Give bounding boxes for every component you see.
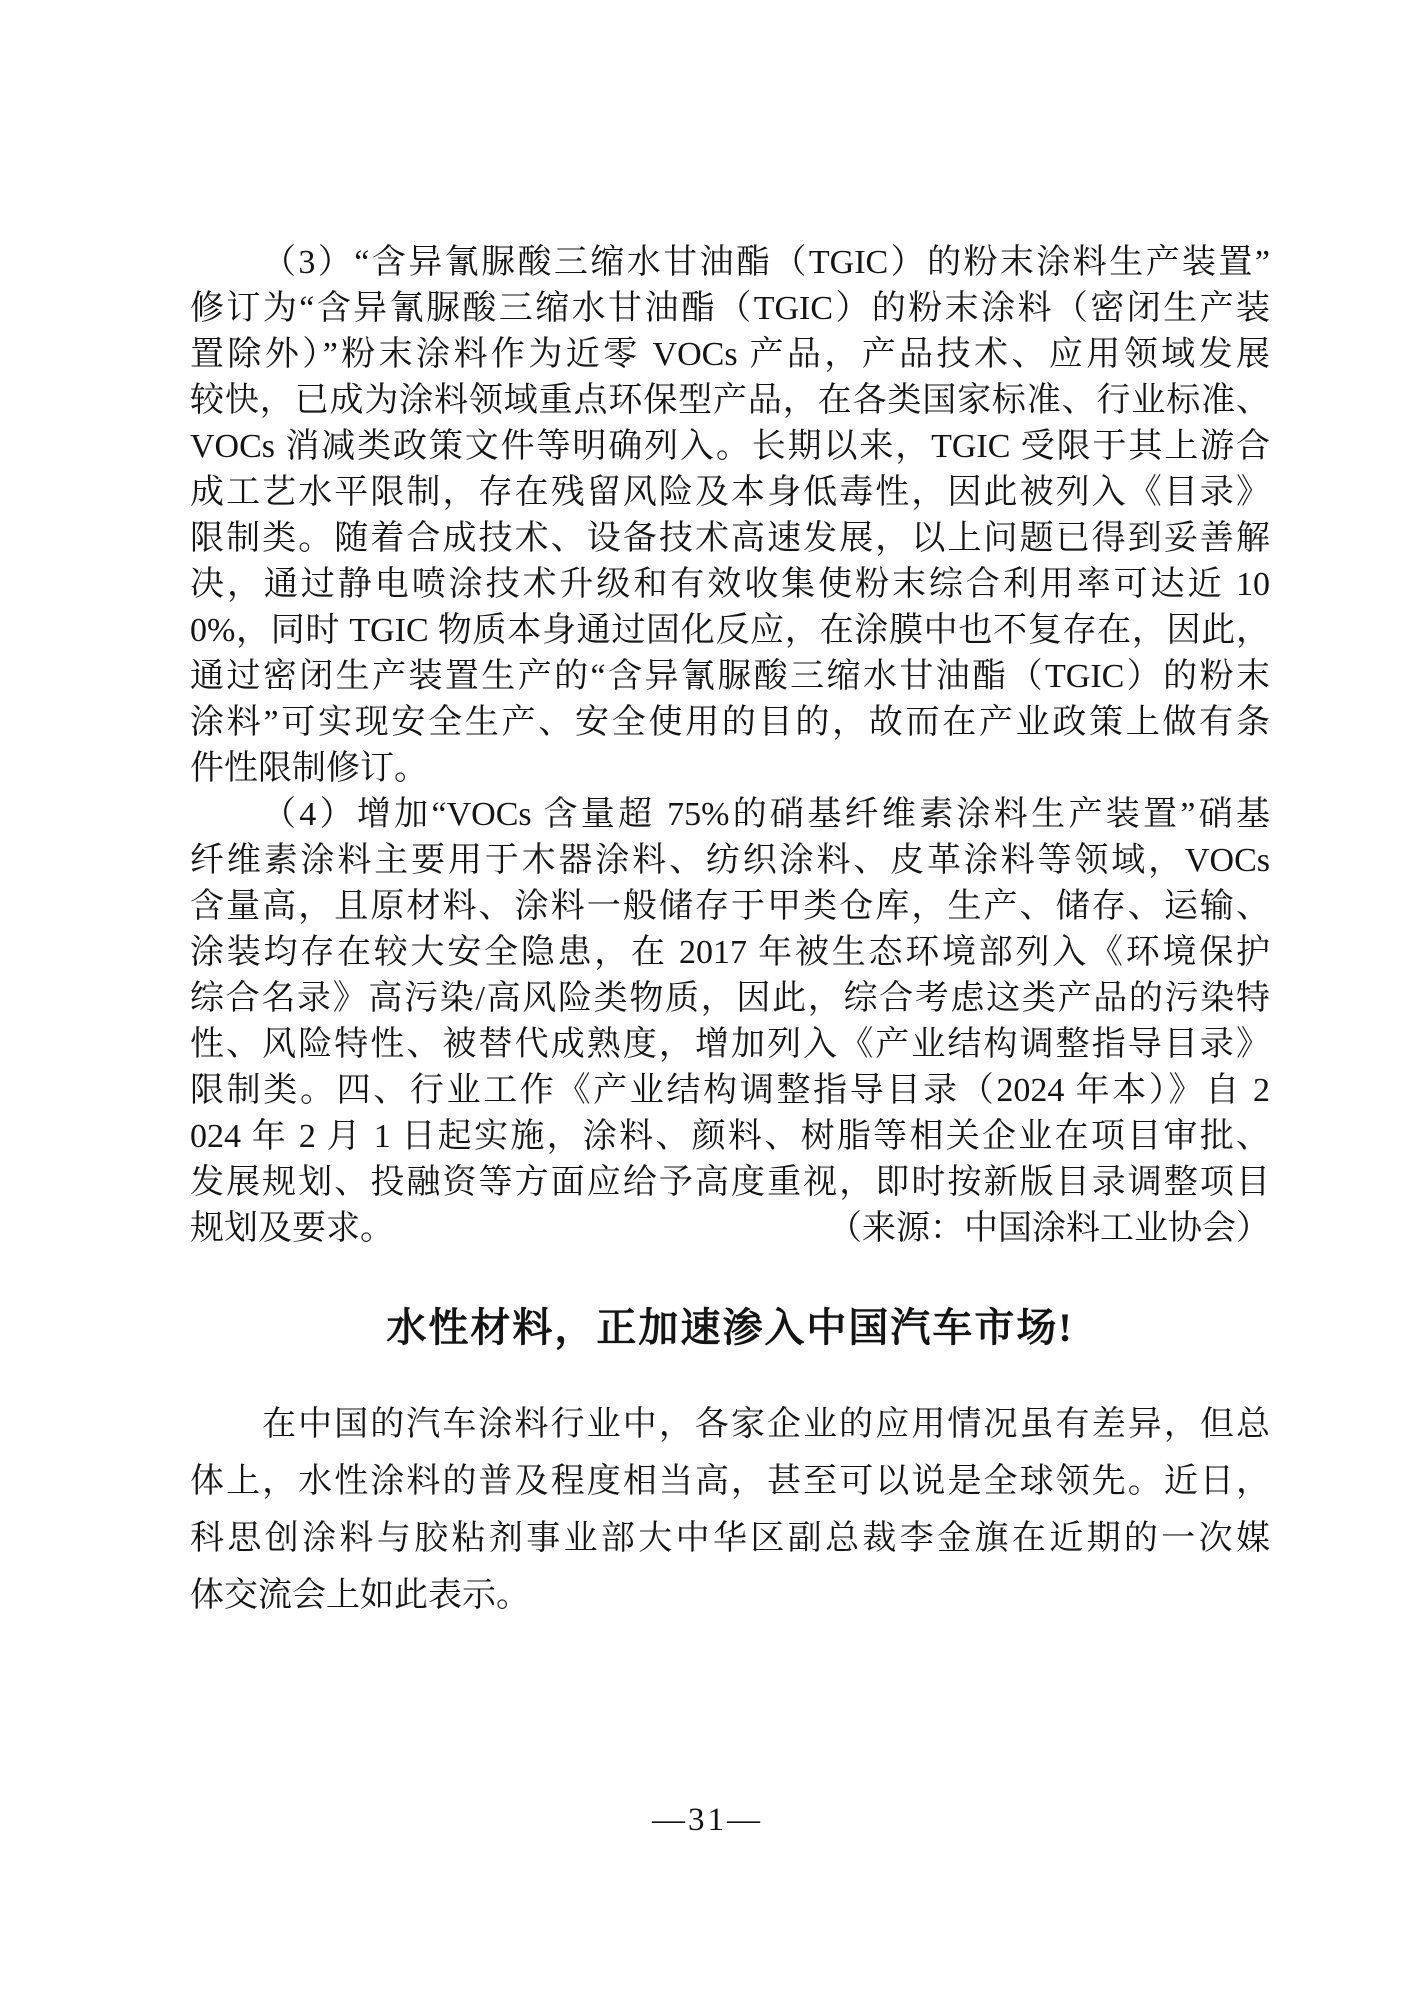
text-line: （4）增加“VOCs 含量超 75%的硝基纤维素涂料生产装置”硝基 [190,792,1270,838]
text-line: 修订为“含异氰脲酸三缩水甘油酯（TGIC）的粉末涂料（密闭生产装 [190,286,1270,332]
text-line: 成工艺水平限制，存在残留风险及本身低毒性，因此被列入《目录》 [190,470,1270,516]
text-line: VOCs 消减类政策文件等明确列入。长期以来，TGIC 受限于其上游合 [190,424,1270,470]
article-waterborne-body: 在中国的汽车涂料行业中，各家企业的应用情况虽有差异，但总 体上，水性涂料的普及程… [190,1396,1270,1624]
source-attribution: （来源：中国涂料工业协会） [828,1206,1270,1252]
text-line: 纤维素涂料主要用于木器涂料、纺织涂料、皮革涂料等领域，VOCs [190,838,1270,884]
text-line: 通过密闭生产装置生产的“含异氰脲酸三缩水甘油酯（TGIC）的粉末 [190,654,1270,700]
text-line: 规划及要求。 （来源：中国涂料工业协会） [190,1206,1270,1252]
text-line: 0%，同时 TGIC 物质本身通过固化反应，在涂膜中也不复存在，因此， [190,608,1270,654]
text-line: 024 年 2 月 1 日起实施，涂料、颜料、树脂等相关企业在项目审批、 [190,1114,1270,1160]
text-line: 置除外）”粉末涂料作为近零 VOCs 产品，产品技术、应用领域发展 [190,332,1270,378]
text-line: 体交流会上如此表示。 [190,1567,1270,1624]
text-line: 性、风险特性、被替代成熟度，增加列入《产业结构调整指导目录》 [190,1022,1270,1068]
text-line: 限制类。四、行业工作《产业结构调整指导目录（2024 年本）》自 2 [190,1068,1270,1114]
text-line: 发展规划、投融资等方面应给予高度重视，即时按新版目录调整项目 [190,1160,1270,1206]
text-line: 综合名录》高污染/高风险类物质，因此，综合考虑这类产品的污染特 [190,976,1270,1022]
text-line: 科思创涂料与胶粘剂事业部大中华区副总裁李金旗在近期的一次媒 [190,1510,1270,1567]
text-line: 体上，水性涂料的普及程度相当高，甚至可以说是全球领先。近日， [190,1453,1270,1510]
document-page: （3）“含异氰脲酸三缩水甘油酯（TGIC）的粉末涂料生产装置” 修订为“含异氰脲… [0,0,1415,2000]
text-line: 在中国的汽车涂料行业中，各家企业的应用情况虽有差异，但总 [190,1396,1270,1453]
text-line: 较快，已成为涂料领域重点环保型产品，在各类国家标准、行业标准、 [190,378,1270,424]
article-industry-policy-body: （3）“含异氰脲酸三缩水甘油酯（TGIC）的粉末涂料生产装置” 修订为“含异氰脲… [190,240,1270,1252]
text-line: 含量高，且原材料、涂料一般储存于甲类仓库，生产、储存、运输、 [190,884,1270,930]
paragraph-ending: 规划及要求。 [190,1206,394,1252]
text-line: 涂料”可实现安全生产、安全使用的目的，故而在产业政策上做有条 [190,700,1270,746]
article-title: 水性材料，正加速渗入中国汽车市场! [190,1304,1270,1352]
text-line: 限制类。随着合成技术、设备技术高速发展，以上问题已得到妥善解 [190,516,1270,562]
text-line: 件性限制修订。 [190,746,1270,792]
text-line: 决，通过静电喷涂技术升级和有效收集使粉末综合利用率可达近 10 [190,562,1270,608]
text-line: （3）“含异氰脲酸三缩水甘油酯（TGIC）的粉末涂料生产装置” [190,240,1270,286]
page-number: —31— [0,1802,1415,1839]
text-line: 涂装均存在较大安全隐患，在 2017 年被生态环境部列入《环境保护 [190,930,1270,976]
